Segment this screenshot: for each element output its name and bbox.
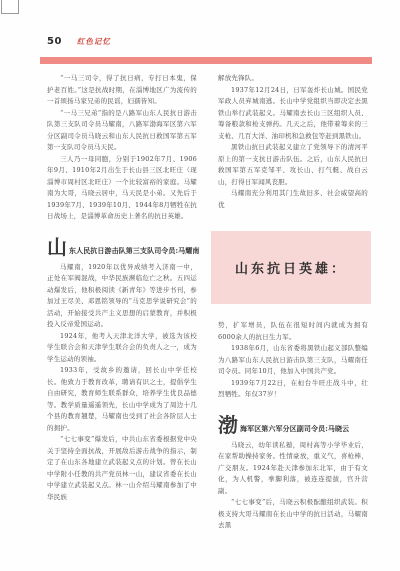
page-header: 50 红色记忆: [47, 36, 111, 47]
left-column: “一马三司令，得了抗日病，专打日本鬼，保护老百姓。”这是抗战时期，在淄博地区广为…: [47, 73, 197, 532]
page-number: 50: [47, 36, 62, 47]
paragraph-continuation: 解放先锋队。: [218, 73, 368, 85]
right-column: 解放先锋队。 1937年12月24日，日军轰炸长山城。国民党军政人员弃城南逃。长…: [218, 73, 368, 532]
paragraph: 三人乃一母同胞，分别于1902年7月、1906年9月、1910年2月出生于长山县…: [47, 154, 197, 223]
paragraph: 1937年12月24日，日军轰炸长山城。国民党军政人员弃城南逃。长山中学党组织当…: [218, 85, 368, 143]
header-rule-bar: [40, 57, 372, 64]
paragraph: 1939年7月22日，在桓台牛旺庄战斗中，壮烈牺牲。年仅37岁！: [218, 378, 368, 401]
column-logo: 红色记忆: [77, 36, 111, 47]
paragraph: 1933年，受故乡的邀请，回长山中学任校长。他致力于教育改革，聘请有识之士，提倡…: [47, 365, 197, 434]
paragraph-continuation: 势，扩军增员，队伍在很短时间内就成为拥有6000余人的抗日生力军。: [218, 320, 368, 343]
section-heading-ma-yaonan: 山 东人民抗日游击队第三支队司令员:马耀南: [47, 235, 197, 257]
feature-box-title: 山东抗日英雄：: [235, 258, 347, 277]
dropcap: 山: [47, 237, 67, 257]
paragraph: 1938年6月，山东省委将黑铁山起义部队整编为八路军山东人民抗日游击队第三支队，…: [218, 343, 368, 378]
feature-box: 山东抗日英雄：: [211, 231, 371, 304]
section-heading-text: 东人民抗日游击队第三支队司令员:马耀南: [69, 246, 199, 257]
paragraph: 1924年，他考入天津北洋大学，被选为该校学生联合会和天津学生联合会的负责人之一…: [47, 331, 197, 366]
paragraph: “七七事变”后，马晓云积极酝酿组织武装。积极支持大哥马耀南在长山中学的抗日活动，…: [218, 497, 368, 532]
paragraph: 马耀南，1920年以优异成绩考入济南一中，正处在军阀混战，中华民族濒临危亡之秋。…: [47, 262, 197, 331]
paragraph: 马晓云，幼年读私塾，周村高等小学毕业后，在家帮助操持家务。性情豪放，重义气，喜枪…: [218, 440, 368, 498]
paragraph: “一马三兄弟”指的是八路军山东人民抗日游击队第三支队司令员马耀南，八路军渤海军区…: [47, 108, 197, 154]
section-heading-ma-xiaoyun: 渤 海军区第六军分区副司令员:马晓云: [218, 413, 368, 435]
magazine-page: 50 红色记忆 “一马三司令，得了抗日病，专打日本鬼，保护老百姓。”这是抗战时期…: [0, 0, 400, 571]
paragraph: 马耀南充分利用其门生故旧多、社会威望高的优: [218, 188, 368, 211]
section-heading-text: 海军区第六军分区副司令员:马晓云: [240, 424, 349, 435]
scan-corner-mark: [1, 0, 19, 14]
paragraph: “七七事变”爆发后，中共山东省委根据党中央关于坚持全面抗战，开展敌后游击战争的指…: [47, 434, 197, 503]
text-columns: “一马三司令，得了抗日病，专打日本鬼，保护老百姓。”这是抗战时期，在淄博地区广为…: [47, 73, 368, 532]
dropcap: 渤: [218, 415, 238, 435]
paragraph: 黑铁山抗日武装起义建立了党领导下的清河平原上的第一支抗日游击队伍。之后，山东人民…: [218, 142, 368, 188]
paragraph: “一马三司令，得了抗日病，专打日本鬼，保护老百姓。”这是抗战时期，在淄博地区广为…: [47, 73, 197, 108]
